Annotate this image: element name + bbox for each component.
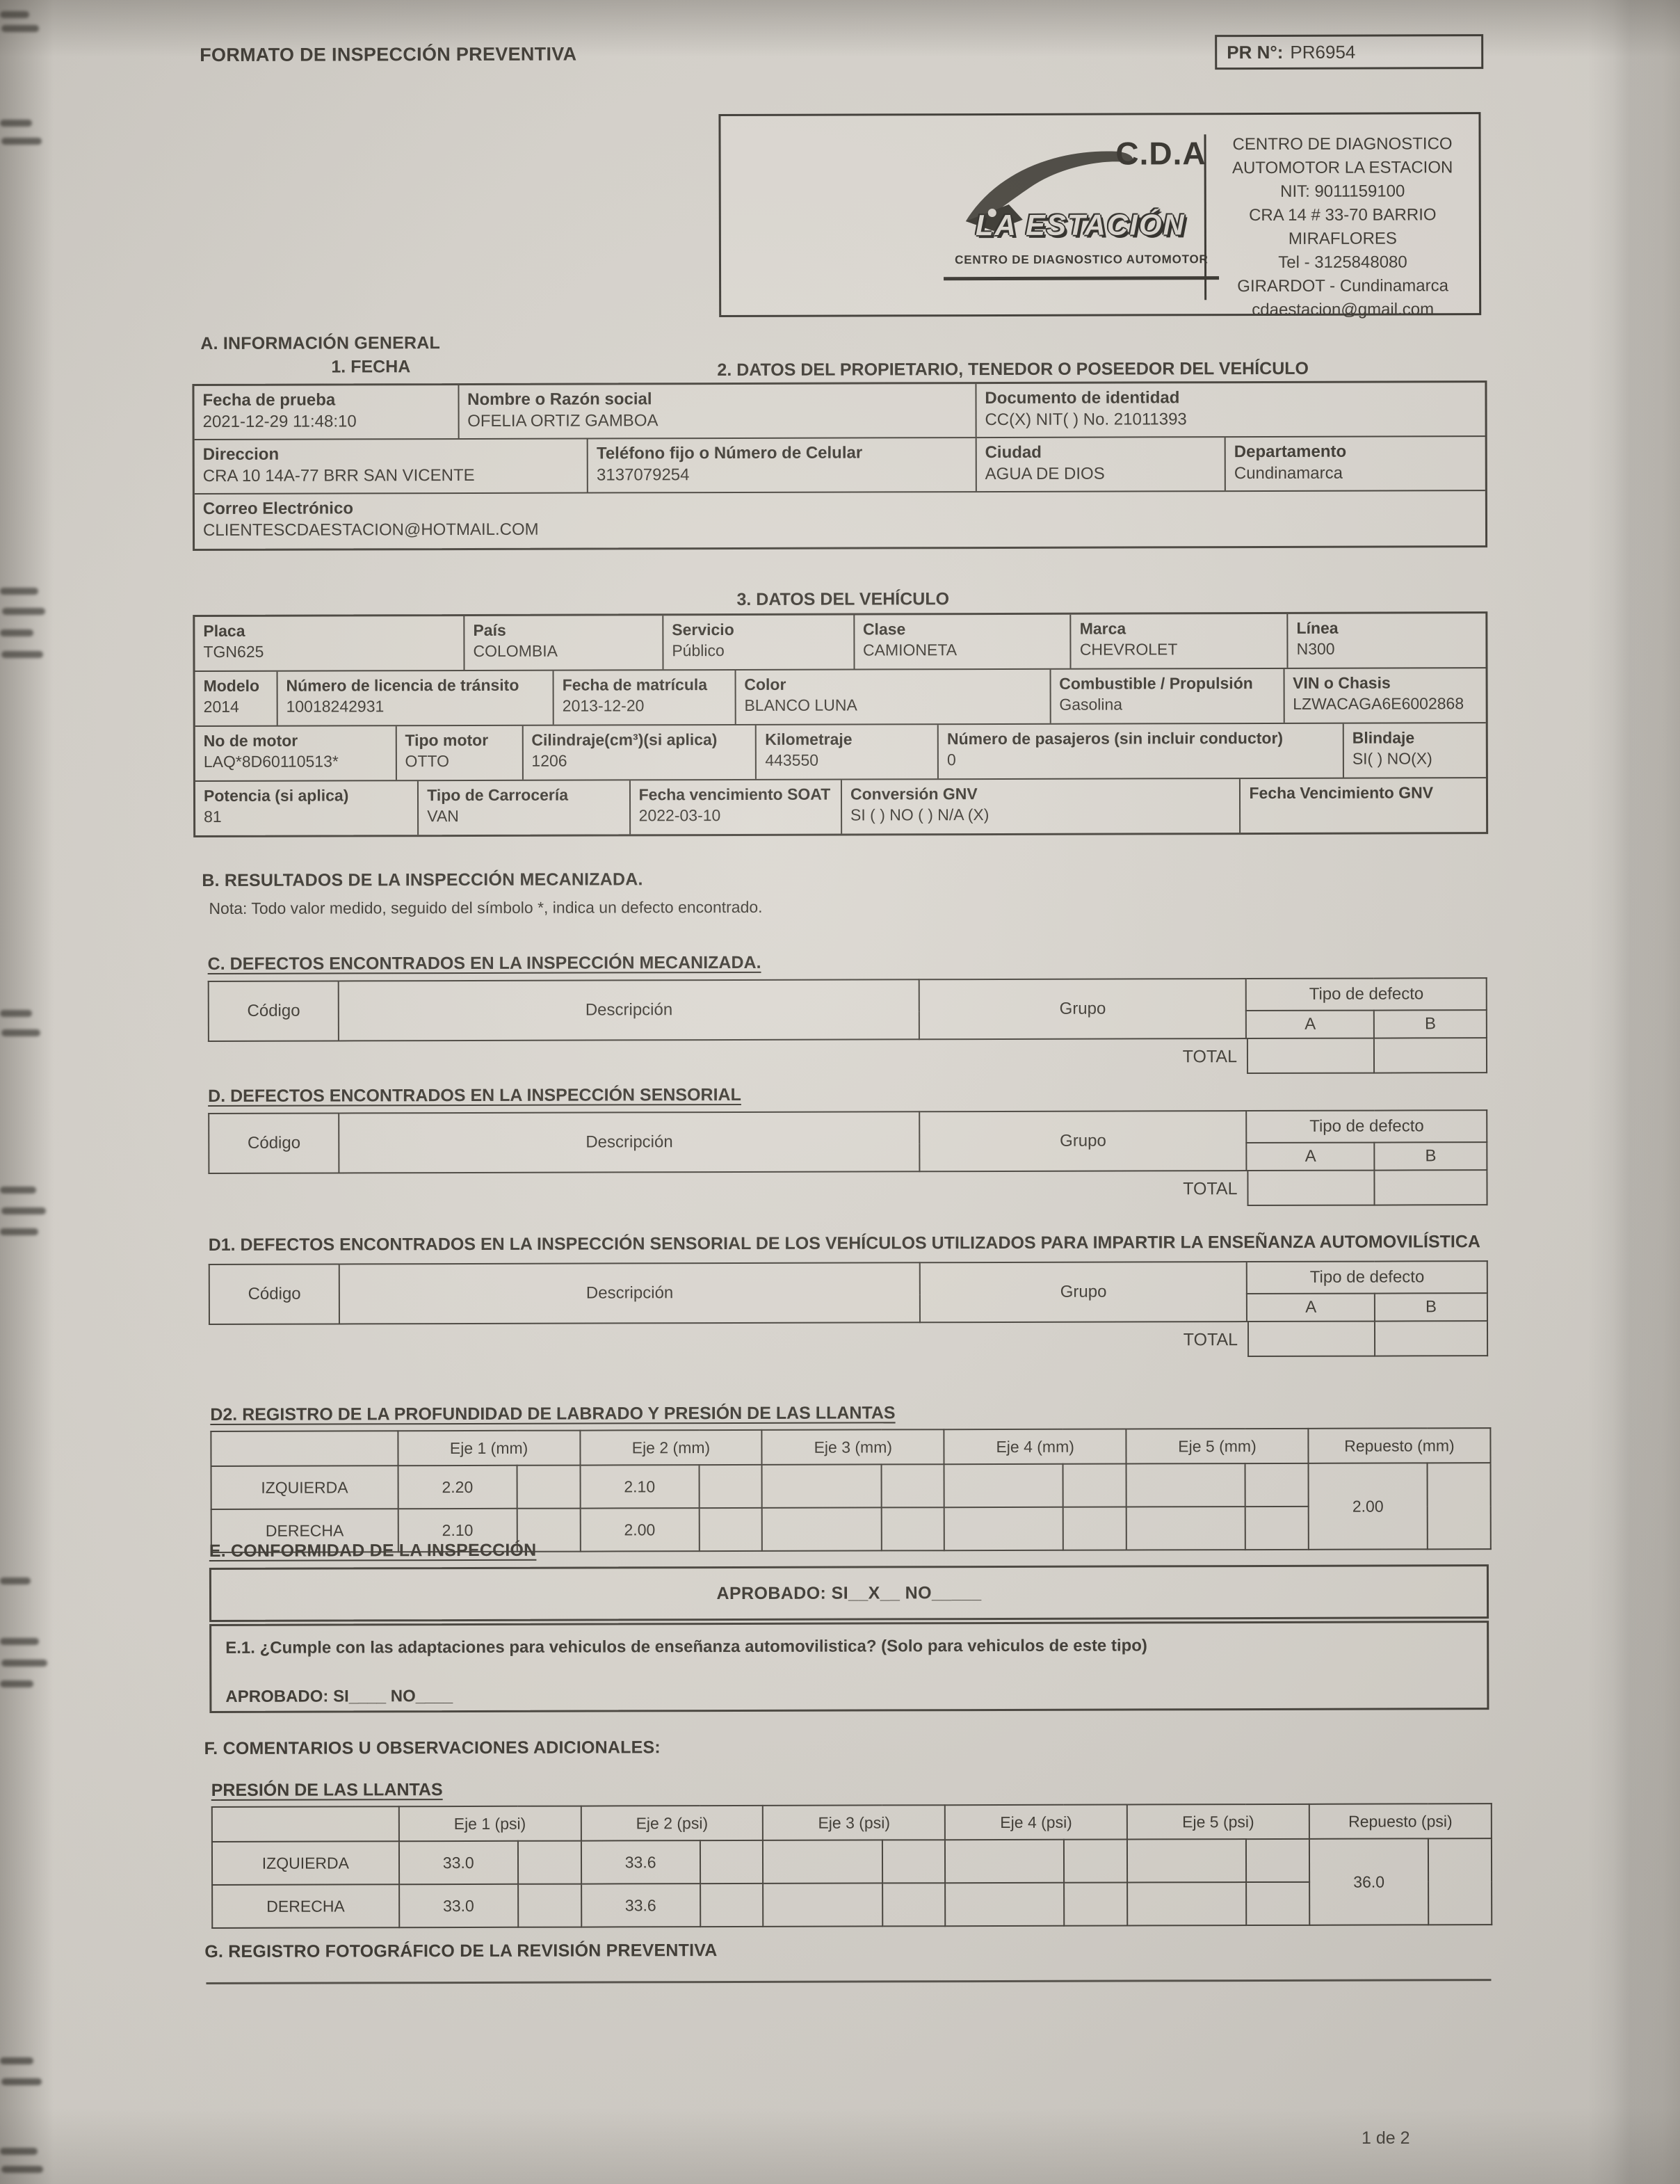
- defects-table-sensorial: Código Descripción Grupo Tipo de defecto…: [208, 1109, 1487, 1174]
- sub-cell: [1246, 1839, 1309, 1882]
- company-logo-area: C.D.A LA ESTACIÓN CENTRO DE DIAGNOSTICO …: [720, 115, 1204, 315]
- section-c: C. DEFECTOS ENCONTRADOS EN LA INSPECCIÓN…: [208, 951, 1487, 1077]
- fecha-prueba-cell: Fecha de prueba 2021-12-29 11:48:10: [194, 385, 458, 439]
- col-header-grupo: Grupo: [920, 1262, 1247, 1322]
- value-cell: [762, 1464, 881, 1507]
- section-d: D. DEFECTOS ENCONTRADOS EN LA INSPECCIÓN…: [208, 1083, 1487, 1209]
- soat-cell: Fecha vencimiento SOAT 2022-03-10: [629, 780, 841, 835]
- section-d2: D2. REGISTRO DE LA PROFUNDIDAD DE LABRAD…: [210, 1402, 1492, 1553]
- company-info-line: GIRARDOT - Cundinamarca: [1206, 274, 1479, 298]
- modelo-cell: Modelo 2014: [195, 672, 277, 725]
- sub-cell: [518, 1884, 581, 1927]
- sub-cell: [700, 1884, 764, 1927]
- field-label: Documento de identidad: [985, 387, 1476, 408]
- documento-cell: Documento de identidad CC(X) NIT( ) No. …: [975, 383, 1485, 437]
- field-value: CRA 10 14A-77 BRR SAN VICENTE: [203, 466, 579, 486]
- company-info: CENTRO DE DIAGNOSTICO AUTOMOTOR LA ESTAC…: [1206, 114, 1479, 314]
- matricula-cell: Fecha de matrícula 2013-12-20: [553, 671, 735, 725]
- field-value: CC(X) NIT( ) No. 21011393: [985, 409, 1476, 430]
- scan-artifact: [0, 1680, 33, 1687]
- field-label: Combustible / Propulsión: [1059, 674, 1275, 693]
- field-label: Fecha Vencimiento GNV: [1249, 783, 1478, 803]
- field-value: Gasolina: [1059, 695, 1275, 714]
- col-header-tipo-defecto: Tipo de defecto: [1247, 1261, 1487, 1294]
- field-value: N300: [1297, 639, 1478, 659]
- field-label: VIN o Chasis: [1293, 673, 1477, 693]
- sub-cell: [1063, 1464, 1126, 1507]
- col-header-a: A: [1246, 1011, 1374, 1038]
- field-value: Cundinamarca: [1234, 463, 1477, 483]
- col-header-a: A: [1247, 1143, 1375, 1171]
- total-row: TOTAL: [208, 1171, 1487, 1209]
- section-d-heading: D. DEFECTOS ENCONTRADOS EN LA INSPECCIÓN…: [208, 1083, 1487, 1107]
- field-label: Marca: [1080, 619, 1279, 639]
- col-header-eje2: Eje 2 (psi): [581, 1806, 763, 1841]
- section-c-heading: C. DEFECTOS ENCONTRADOS EN LA INSPECCIÓN…: [208, 951, 1487, 974]
- value-cell: [944, 1464, 1063, 1507]
- value-cell: [1126, 1463, 1245, 1507]
- field-label: Direccion: [203, 444, 579, 465]
- vin-cell: VIN o Chasis LZWACAGA6E6002868: [1283, 668, 1486, 723]
- field-value: 2021-12-29 11:48:10: [203, 412, 450, 432]
- blindaje-cell: Blindaje SI( ) NO(X): [1343, 723, 1486, 778]
- col-header-descripcion: Descripción: [339, 1262, 920, 1324]
- section-g-heading: G. REGISTRO FOTOGRÁFICO DE LA REVISIÓN P…: [204, 1941, 717, 1962]
- sub-cell: [882, 1840, 945, 1883]
- field-label: Ciudad: [985, 442, 1216, 463]
- field-value: COLOMBIA: [473, 641, 654, 661]
- field-label: Número de licencia de tránsito: [286, 676, 544, 696]
- logo-name-text: LA ESTACIÓN: [976, 208, 1186, 242]
- section-f-heading: F. COMENTARIOS U OBSERVACIONES ADICIONAL…: [204, 1737, 661, 1759]
- sub-cell: [699, 1465, 762, 1508]
- col-header-eje1: Eje 1 (psi): [398, 1806, 581, 1842]
- sub-cell: [882, 1883, 946, 1926]
- logo-underline: [944, 276, 1219, 280]
- value-cell: [763, 1840, 882, 1883]
- field-value: VAN: [427, 806, 620, 826]
- total-b-cell: [1375, 1171, 1487, 1205]
- field-label: Correo Electrónico: [203, 496, 1477, 519]
- col-header-grupo: Grupo: [919, 1111, 1247, 1171]
- scan-artifact: [0, 2057, 33, 2064]
- company-info-line: MIRAFLORES: [1206, 227, 1479, 251]
- pais-cell: País COLOMBIA: [463, 616, 662, 670]
- section-b-heading: B. RESULTADOS DE LA INSPECCIÓN MECANIZAD…: [202, 869, 762, 891]
- defects-table-ensenanza: Código Descripción Grupo Tipo de defecto…: [209, 1260, 1488, 1325]
- scan-artifact: [1, 2166, 43, 2173]
- table-row: Potencia (si aplica) 81 Tipo de Carrocer…: [195, 777, 1486, 835]
- nombre-cell: Nombre o Razón social OFELIA ORTIZ GAMBO…: [458, 384, 975, 438]
- table-row: Correo Electrónico CLIENTESCDAESTACION@H…: [195, 490, 1485, 549]
- logo-cda-text: C.D.A: [1115, 134, 1206, 172]
- col-header-eje4: Eje 4 (psi): [945, 1805, 1127, 1840]
- field-value: LAQ*8D60110513*: [204, 752, 387, 771]
- col-header-eje2: Eje 2 (mm): [580, 1430, 762, 1466]
- section-d1-heading: D1. DEFECTOS ENCONTRADOS EN LA INSPECCIÓ…: [209, 1229, 1488, 1258]
- section-e: E. CONFORMIDAD DE LA INSPECCIÓN APROBADO…: [209, 1538, 1489, 1713]
- table-row: Modelo 2014 Número de licencia de tránsi…: [195, 667, 1486, 725]
- scan-artifact: [1, 2078, 42, 2085]
- value-cell: [763, 1883, 882, 1926]
- color-cell: Color BLANCO LUNA: [734, 670, 1049, 724]
- field-label: Blindaje: [1352, 728, 1478, 747]
- servicio-cell: Servicio Público: [662, 616, 853, 670]
- table-row: Placa TGN625 País COLOMBIA Servicio Públ…: [195, 613, 1485, 671]
- field-value: 443550: [765, 750, 929, 770]
- col-header-descripcion: Descripción: [339, 979, 919, 1041]
- scan-artifact: [0, 1228, 38, 1235]
- field-label: País: [473, 620, 654, 640]
- col-header-eje4: Eje 4 (mm): [944, 1429, 1126, 1465]
- corner-cell: [212, 1806, 399, 1842]
- field-label: Modelo: [204, 677, 268, 696]
- row-label: IZQUIERDA: [211, 1466, 398, 1509]
- licencia-cell: Número de licencia de tránsito 100182429…: [276, 671, 552, 725]
- field-value: 2014: [204, 698, 268, 716]
- table-row: Fecha de prueba 2021-12-29 11:48:10 Nomb…: [194, 383, 1485, 439]
- field-value: AGUA DE DIOS: [985, 464, 1216, 484]
- field-value: SI ( ) NO ( ) N/A (X): [850, 805, 1231, 824]
- sub-cell: [1245, 1463, 1309, 1507]
- pr-number-box: PR N°: PR6954: [1215, 34, 1483, 70]
- field-value: Público: [672, 641, 845, 661]
- value-cell: 33.6: [581, 1884, 700, 1927]
- field-value: 10018242931: [286, 697, 544, 716]
- sub-cell: [1428, 1463, 1491, 1549]
- vehicle-section-heading: 3. DATOS DEL VEHÍCULO: [200, 588, 1486, 611]
- field-value: 81: [204, 807, 409, 826]
- field-value: CAMIONETA: [863, 641, 1062, 660]
- scan-artifact: [0, 588, 38, 595]
- col-header-codigo: Código: [209, 981, 339, 1041]
- scanned-page: FORMATO DE INSPECCIÓN PREVENTIVA PR N°: …: [0, 0, 1680, 2184]
- section-d1: D1. DEFECTOS ENCONTRADOS EN LA INSPECCIÓ…: [209, 1229, 1488, 1360]
- scan-artifact: [0, 2148, 38, 2155]
- pasajeros-cell: Número de pasajeros (sin incluir conduct…: [937, 724, 1343, 779]
- e1-question: E.1. ¿Cumple con las adaptaciones para v…: [225, 1635, 1473, 1658]
- scan-artifact: [2, 608, 45, 615]
- direccion-cell: Direccion CRA 10 14A-77 BRR SAN VICENTE: [195, 440, 587, 493]
- total-label: TOTAL: [1183, 1039, 1237, 1074]
- value-cell: 33.0: [399, 1841, 518, 1884]
- col-header-tipo-defecto: Tipo de defecto: [1247, 1110, 1487, 1143]
- total-row: TOTAL: [208, 1038, 1487, 1077]
- scan-artifact: [0, 1638, 39, 1645]
- row-label: IZQUIERDA: [212, 1841, 399, 1885]
- field-value: OTTO: [405, 752, 514, 771]
- company-info-line: AUTOMOTOR LA ESTACION: [1206, 156, 1479, 180]
- field-value: BLANCO LUNA: [744, 696, 1041, 715]
- field-label: Placa: [203, 621, 455, 641]
- field-label: Servicio: [672, 620, 845, 640]
- field-label: Línea: [1296, 618, 1477, 638]
- gnv-cell: Conversión GNV SI ( ) NO ( ) N/A (X): [841, 779, 1240, 834]
- field-label: Potencia (si aplica): [204, 786, 409, 805]
- section-b: B. RESULTADOS DE LA INSPECCIÓN MECANIZAD…: [202, 869, 762, 918]
- value-cell: [1127, 1839, 1246, 1882]
- col-header-eje5: Eje 5 (mm): [1126, 1429, 1309, 1464]
- col-header-a: A: [1247, 1294, 1375, 1322]
- field-label: Kilometraje: [765, 730, 929, 749]
- col-header-codigo: Código: [209, 1113, 339, 1173]
- field-value: CHEVROLET: [1080, 640, 1279, 659]
- row-label: DERECHA: [212, 1884, 399, 1928]
- sub-cell: [1428, 1838, 1492, 1925]
- value-cell: [945, 1840, 1064, 1883]
- col-header-grupo: Grupo: [919, 979, 1247, 1039]
- col-header-repuesto: Repuesto (psi): [1309, 1804, 1492, 1839]
- scan-artifact: [0, 1577, 31, 1584]
- col-header-repuesto: Repuesto (mm): [1308, 1428, 1490, 1463]
- field-label: No de motor: [204, 731, 387, 750]
- total-a-cell: [1247, 1039, 1375, 1074]
- cilindraje-cell: Cilindraje(cm³)(si aplica) 1206: [522, 725, 755, 780]
- col-header-eje1: Eje 1 (mm): [398, 1431, 580, 1466]
- tire-pressure-table: Eje 1 (psi) Eje 2 (psi) Eje 3 (psi) Eje …: [211, 1803, 1492, 1929]
- sub-cell: [881, 1464, 944, 1507]
- telefono-cell: Teléfono fijo o Número de Celular 313707…: [587, 438, 976, 492]
- value-cell: [945, 1883, 1064, 1926]
- scan-artifact: [1, 1029, 40, 1036]
- field-label: Fecha de prueba: [202, 390, 449, 410]
- company-info-line: NIT: 9011159100: [1206, 179, 1479, 204]
- logo-subtitle-text: CENTRO DE DIAGNOSTICO AUTOMOTOR: [946, 252, 1217, 267]
- defects-table-mecanizada: Código Descripción Grupo Tipo de defecto…: [208, 977, 1487, 1042]
- sub-cell: [1064, 1883, 1127, 1926]
- general-info-table: Fecha de prueba 2021-12-29 11:48:10 Nomb…: [192, 380, 1487, 551]
- col-header-tipo-defecto: Tipo de defecto: [1246, 978, 1487, 1011]
- field-value: 3137079254: [597, 465, 967, 485]
- scan-artifact: [1, 651, 43, 658]
- company-header-box: C.D.A LA ESTACIÓN CENTRO DE DIAGNOSTICO …: [718, 112, 1481, 317]
- ciudad-cell: Ciudad AGUA DE DIOS: [976, 437, 1225, 491]
- field-label: Teléfono fijo o Número de Celular: [597, 443, 967, 463]
- scan-artifact: [0, 1010, 32, 1017]
- sub-cell: [1246, 1882, 1309, 1925]
- e1-aprobado-line: APROBADO: SI____ NO____: [225, 1684, 1473, 1707]
- table-row: No de motor LAQ*8D60110513* Tipo motor O…: [195, 722, 1486, 780]
- scan-artifact: [1, 1207, 46, 1214]
- propietario-subheading: 2. DATOS DEL PROPIETARIO, TENEDOR O POSE…: [717, 359, 1309, 380]
- pr-number-label: PR N°:: [1227, 41, 1283, 63]
- field-label: Fecha vencimiento SOAT: [639, 785, 832, 805]
- pressure-section: PRESIÓN DE LAS LLANTAS Eje 1 (psi) Eje 2…: [211, 1777, 1493, 1929]
- departamento-cell: Departamento Cundinamarca: [1225, 437, 1485, 490]
- sub-cell: [700, 1840, 764, 1884]
- corner-cell: [211, 1431, 398, 1466]
- field-label: Tipo de Carrocería: [427, 785, 620, 805]
- company-info-line: cdaestacion@gmail.com: [1206, 298, 1479, 322]
- clase-cell: Clase CAMIONETA: [853, 615, 1070, 669]
- col-header-eje3: Eje 3 (psi): [763, 1805, 945, 1840]
- total-label: TOTAL: [1184, 1322, 1238, 1357]
- scan-artifact: [0, 120, 32, 127]
- scan-artifact: [0, 629, 33, 636]
- field-value: 0: [947, 750, 1334, 769]
- field-label: Tipo motor: [405, 731, 513, 750]
- placa-cell: Placa TGN625: [195, 616, 463, 671]
- marca-cell: Marca CHEVROLET: [1070, 614, 1287, 668]
- col-header-codigo: Código: [209, 1264, 340, 1324]
- total-a-cell: [1247, 1171, 1375, 1206]
- table-row: Direccion CRA 10 14A-77 BRR SAN VICENTE …: [195, 435, 1485, 493]
- pressure-heading: PRESIÓN DE LAS LLANTAS: [211, 1777, 1492, 1801]
- sub-cell: [1064, 1840, 1127, 1883]
- field-value: OFELIA ORTIZ GAMBOA: [467, 410, 967, 431]
- combustible-cell: Combustible / Propulsión Gasolina: [1049, 669, 1283, 723]
- scan-artifact: [1, 1660, 47, 1667]
- company-logo: C.D.A LA ESTACIÓN CENTRO DE DIAGNOSTICO …: [957, 127, 1208, 305]
- spare-value-cell: 2.00: [1308, 1463, 1427, 1549]
- scan-artifact: [0, 11, 29, 18]
- pr-number-value: PR6954: [1290, 41, 1355, 63]
- field-label: Fecha de matrícula: [563, 675, 727, 695]
- photo-section-rule: [206, 1979, 1491, 1984]
- value-cell: 2.20: [398, 1466, 517, 1509]
- vehicle-data-table: Placa TGN625 País COLOMBIA Servicio Públ…: [193, 611, 1488, 837]
- gnv-venc-cell: Fecha Vencimiento GNV: [1239, 778, 1486, 833]
- value-cell: 33.0: [399, 1884, 518, 1927]
- motor-cell: No de motor LAQ*8D60110513*: [195, 726, 396, 780]
- section-e-heading: E. CONFORMIDAD DE LA INSPECCIÓN: [209, 1538, 1489, 1561]
- linea-cell: Línea N300: [1286, 613, 1485, 668]
- total-row: TOTAL: [209, 1322, 1488, 1360]
- carroceria-cell: Tipo de Carrocería VAN: [417, 780, 629, 835]
- field-value: TGN625: [203, 642, 455, 661]
- scan-artifact: [0, 1187, 36, 1194]
- company-info-line: CENTRO DE DIAGNOSTICO: [1206, 132, 1479, 156]
- total-a-cell: [1247, 1322, 1375, 1357]
- value-cell: 2.10: [580, 1465, 699, 1508]
- total-b-cell: [1375, 1038, 1487, 1073]
- col-header-descripcion: Descripción: [339, 1111, 920, 1173]
- company-info-line: Tel - 3125848080: [1206, 250, 1479, 275]
- page-title: FORMATO DE INSPECCIÓN PREVENTIVA: [200, 44, 576, 66]
- section-a-heading: A. INFORMACIÓN GENERAL: [200, 333, 440, 354]
- sub-cell: [517, 1466, 580, 1509]
- col-header-eje5: Eje 5 (psi): [1127, 1804, 1309, 1840]
- section-d2-heading: D2. REGISTRO DE LA PROFUNDIDAD DE LABRAD…: [210, 1402, 1491, 1425]
- tread-depth-table: Eje 1 (mm) Eje 2 (mm) Eje 3 (mm) Eje 4 (…: [210, 1427, 1491, 1553]
- col-header-eje3: Eje 3 (mm): [762, 1429, 944, 1465]
- tipo-motor-cell: Tipo motor OTTO: [395, 726, 522, 780]
- e1-box: E.1. ¿Cumple con las adaptaciones para v…: [209, 1621, 1489, 1713]
- aprobado-line: APROBADO: SI__X__ NO_____: [716, 1583, 981, 1604]
- field-value: [1250, 804, 1478, 805]
- field-value: 2022-03-10: [639, 806, 832, 826]
- field-label: Conversión GNV: [850, 784, 1231, 803]
- value-cell: 33.6: [581, 1840, 700, 1884]
- total-b-cell: [1375, 1322, 1488, 1356]
- col-header-b: B: [1374, 1010, 1487, 1038]
- company-info-line: CRA 14 # 33-70 BARRIO: [1206, 203, 1479, 227]
- fecha-subheading: 1. FECHA: [331, 357, 410, 377]
- field-value: 2013-12-20: [563, 696, 727, 716]
- value-cell: [1127, 1882, 1246, 1925]
- sub-cell: [518, 1841, 581, 1884]
- correo-cell: Correo Electrónico CLIENTESCDAESTACION@H…: [195, 491, 1485, 549]
- col-header-b: B: [1375, 1142, 1487, 1170]
- col-header-b: B: [1375, 1293, 1487, 1321]
- aprobado-box: APROBADO: SI__X__ NO_____: [209, 1564, 1489, 1622]
- total-label: TOTAL: [1183, 1171, 1237, 1206]
- scan-artifact: [1, 138, 42, 145]
- potencia-cell: Potencia (si aplica) 81: [195, 781, 417, 835]
- field-value: 1206: [531, 751, 747, 771]
- field-label: Color: [744, 675, 1041, 694]
- spare-value-cell: 36.0: [1309, 1838, 1428, 1925]
- kilometraje-cell: Kilometraje 443550: [755, 725, 937, 779]
- section-b-note: Nota: Todo valor medido, seguido del sím…: [209, 898, 762, 918]
- field-label: Nombre o Razón social: [467, 389, 967, 410]
- scan-artifact: [1, 25, 39, 32]
- field-value: SI( ) NO(X): [1352, 749, 1478, 768]
- field-label: Departamento: [1234, 442, 1477, 462]
- field-label: Número de pasajeros (sin incluir conduct…: [947, 729, 1334, 748]
- field-value: CLIENTESCDAESTACION@HOTMAIL.COM: [203, 517, 1477, 540]
- field-label: Clase: [863, 620, 1062, 639]
- field-value: LZWACAGA6E6002868: [1293, 694, 1477, 714]
- field-label: Cilindraje(cm³)(si aplica): [531, 730, 747, 750]
- page-number: 1 de 2: [1362, 2128, 1410, 2149]
